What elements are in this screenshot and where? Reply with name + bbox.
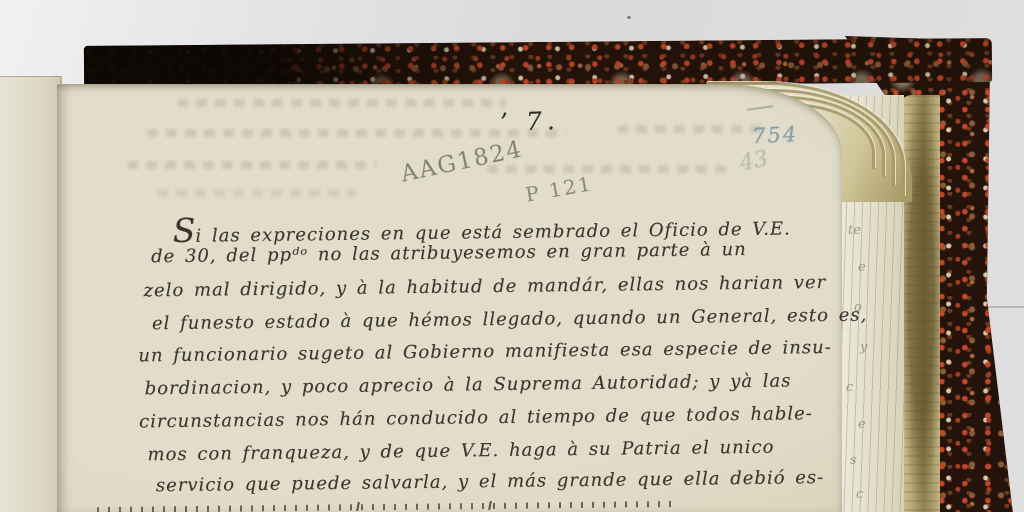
bleed-through-text [157,189,357,197]
manuscript-line: bordinacion, y poco aprecio à la Suprema… [145,370,792,399]
edge-letter-mark: e [858,417,866,432]
manuscript-line: un funcionario sugeto al Gobierno manifi… [138,337,832,366]
bleed-through-text [487,165,727,173]
bleed-through-text [127,161,377,169]
edge-letter-mark: y [860,340,867,355]
photo-of-manuscript-book: { "photo": { "description_heading": "’ 7… [0,0,1024,512]
marbled-cover-top-edge [84,38,992,90]
pencil-archive-code: AAG1824 [399,136,526,187]
manuscript-line: servicio que puede salvarla, y el más gr… [156,467,825,496]
stray-ink-dash [747,105,773,111]
bleed-through-text [177,99,507,107]
previous-page-edge [0,76,62,512]
manuscript-line: circunstancias nos hán conducido al tiem… [139,403,813,432]
manuscript-line: zelo mal dirigido, y à la habitud de man… [143,272,826,301]
faint-folio-number: 43 [738,147,770,176]
edge-letter-mark: e [858,260,866,275]
manuscript-page: ’ 7. 754 43 AAG1824 P 121 Si las expreci… [57,84,842,512]
cover-spine-shadow [84,38,992,90]
bleed-through-text [617,125,767,133]
chapter-number-heading: ’ 7. [500,106,561,137]
wall-seam-line [986,306,1024,308]
blue-folio-number: 754 [751,122,798,148]
edge-letter-mark: c [856,487,863,502]
pencil-page-number: P 121 [523,171,594,206]
edge-letter-mark: s [850,453,857,468]
cut-off-line-tops [97,501,677,512]
dust-speck [627,16,631,19]
edge-letter-mark: te [848,223,861,238]
manuscript-line: mos con franqueza, y de que V.E. haga à … [147,437,774,466]
edge-letter-mark: c [846,380,853,395]
manuscript-line: el funesto estado à que hémos llegado, q… [152,304,868,334]
